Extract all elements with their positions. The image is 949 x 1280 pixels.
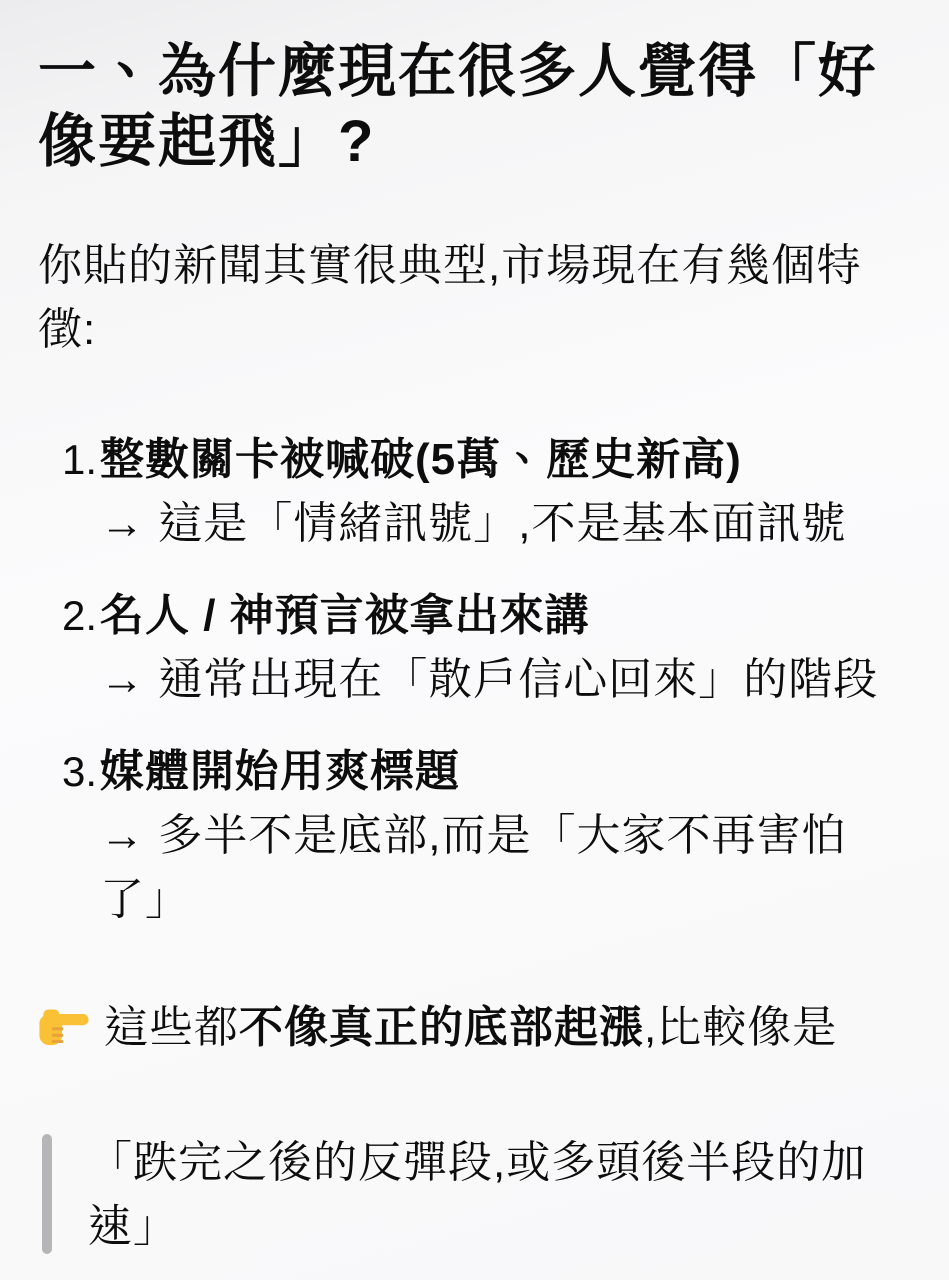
list-item-body: 媒體開始用爽標題 → 多半不是底部,而是「大家不再害怕了」 bbox=[100, 740, 909, 932]
list-item-title: 媒體開始用爽標題 bbox=[100, 740, 909, 804]
list-item-body: 整數關卡被喊破(5萬、歷史新高) → 這是「情緒訊號」,不是基本面訊號 bbox=[100, 428, 909, 556]
list-item-number: 1. bbox=[62, 428, 100, 556]
list-item-number: 2. bbox=[62, 584, 100, 712]
list-item-body: 名人 / 神預言被拿出來講 → 通常出現在「散戶信心回來」的階段 bbox=[100, 584, 909, 712]
summary-line: 這些都不像真正的底部起漲,比較像是 bbox=[38, 996, 909, 1067]
list-item-detail: → 通常出現在「散戶信心回來」的階段 bbox=[100, 648, 909, 712]
list-item-title: 整數關卡被喊破(5萬、歷史新高) bbox=[100, 428, 909, 492]
list-item-detail: → 多半不是底部,而是「大家不再害怕了」 bbox=[100, 804, 909, 932]
list-item-detail: → 這是「情緒訊號」,不是基本面訊號 bbox=[100, 492, 909, 556]
intro-paragraph: 你貼的新聞其實很典型,市場現在有幾個特徵: bbox=[38, 234, 909, 362]
list-item: 1. 整數關卡被喊破(5萬、歷史新高) → 這是「情緒訊號」,不是基本面訊號 bbox=[38, 428, 909, 556]
list-item: 3. 媒體開始用爽標題 → 多半不是底部,而是「大家不再害怕了」 bbox=[38, 740, 909, 932]
quote-block: 「跌完之後的反彈段,或多頭後半段的加速」 bbox=[42, 1131, 909, 1259]
summary-prefix: 這些都 bbox=[104, 1003, 239, 1052]
summary-bold: 不像真正的底部起漲 bbox=[239, 1003, 644, 1052]
list-item-number: 3. bbox=[62, 740, 100, 932]
chat-message: 一、為什麼現在很多人覺得「好像要起飛」? 你貼的新聞其實很典型,市場現在有幾個特… bbox=[0, 0, 949, 1280]
quote-text: 「跌完之後的反彈段,或多頭後半段的加速」 bbox=[88, 1131, 909, 1259]
signals-list: 1. 整數關卡被喊破(5萬、歷史新高) → 這是「情緒訊號」,不是基本面訊號 2… bbox=[38, 428, 909, 932]
quote-bar bbox=[42, 1134, 52, 1254]
section-heading: 一、為什麼現在很多人覺得「好像要起飛」? bbox=[38, 37, 909, 177]
summary-suffix: ,比較像是 bbox=[644, 1003, 837, 1052]
list-item-title: 名人 / 神預言被拿出來講 bbox=[100, 584, 909, 648]
list-item: 2. 名人 / 神預言被拿出來講 → 通常出現在「散戶信心回來」的階段 bbox=[38, 584, 909, 712]
pointing-right-icon bbox=[38, 1003, 90, 1067]
